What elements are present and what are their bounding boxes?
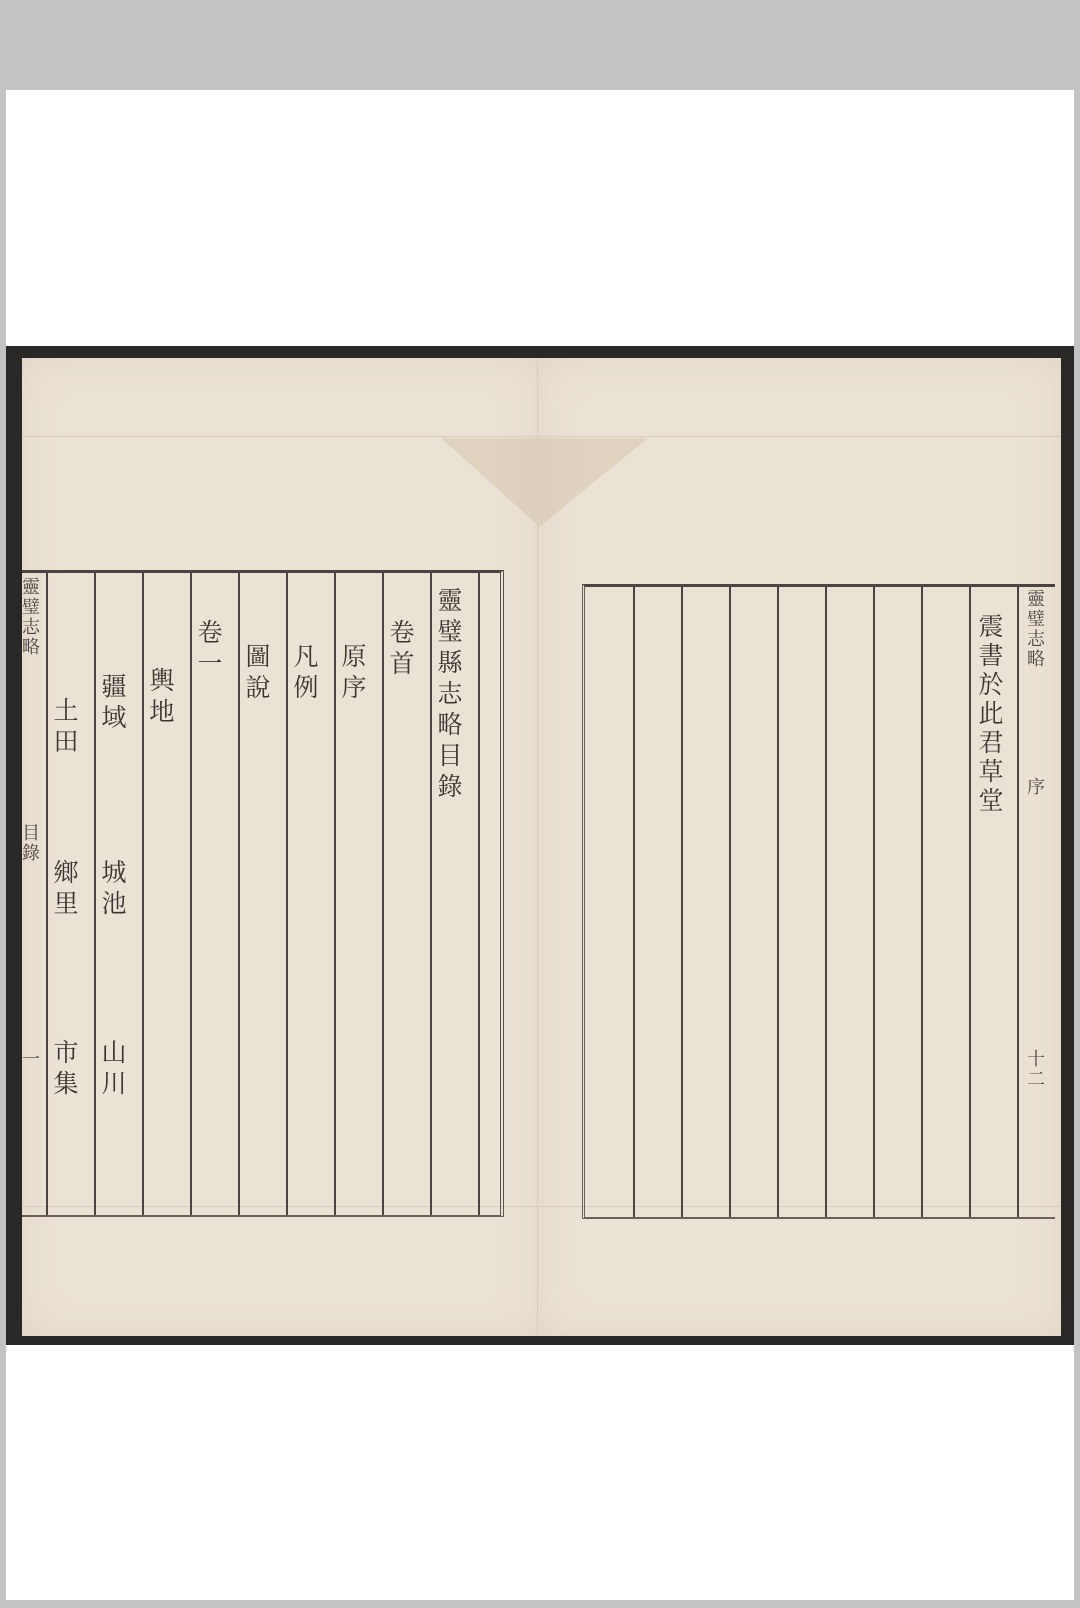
fold-line (22, 436, 541, 437)
toc-entry: 卷首 (388, 619, 413, 681)
column-rule (681, 587, 683, 1217)
preface-frame: 震書於此君草堂 靈璧志略 序 十二 (582, 584, 1055, 1219)
block-heart-section: 序 (1025, 777, 1043, 797)
column-rule (825, 587, 827, 1217)
toc-entry: 原序 (340, 643, 365, 705)
fold-shadow (441, 438, 541, 528)
column-rule (969, 587, 971, 1217)
fold-shadow (538, 438, 648, 528)
toc-entry: 土田 (52, 697, 77, 759)
column-rule (873, 587, 875, 1217)
column-rule (238, 573, 240, 1215)
viewer-top-bar (0, 0, 1080, 90)
toc-entry: 卷一 (196, 619, 221, 681)
viewer-bottom-bar (0, 1600, 1080, 1608)
toc-entry: 疆域 (100, 673, 125, 735)
column-rule (921, 587, 923, 1217)
preface-signature: 震書於此君草堂 (977, 613, 1002, 816)
column-rule (94, 573, 96, 1215)
toc-entry: 凡例 (292, 643, 317, 705)
block-heart-title: 靈璧志略 (1025, 589, 1043, 669)
block-heart-page: 十二 (1025, 1049, 1043, 1089)
toc-frame: 靈璧縣志略目錄 卷首 原序 凡例 圖說 卷一 輿地 疆域 城池 山川 土田 鄉里… (22, 570, 504, 1217)
column-rule (334, 573, 336, 1215)
block-heart-title: 靈璧志略 (20, 577, 38, 657)
column-rule (46, 573, 48, 1215)
block-heart-section: 目錄 (20, 823, 38, 863)
column-rule (142, 573, 144, 1215)
toc-entry: 山川 (100, 1039, 125, 1101)
toc-entry: 鄉里 (52, 859, 77, 921)
fold-line (538, 436, 1061, 437)
column-rule (1017, 587, 1019, 1217)
column-rule (478, 573, 480, 1215)
left-page: 靈璧縣志略目錄 卷首 原序 凡例 圖說 卷一 輿地 疆域 城池 山川 土田 鄉里… (22, 358, 541, 1336)
column-rule (633, 587, 635, 1217)
column-rule (286, 573, 288, 1215)
column-rule (777, 587, 779, 1217)
toc-title: 靈璧縣志略目錄 (436, 587, 461, 804)
book-scan: 靈璧縣志略目錄 卷首 原序 凡例 圖說 卷一 輿地 疆域 城池 山川 土田 鄉里… (6, 346, 1074, 1345)
column-rule (430, 573, 432, 1215)
toc-entry: 圖說 (244, 643, 269, 705)
toc-entry: 輿地 (148, 667, 173, 729)
toc-entry: 城池 (100, 859, 125, 921)
column-rule (382, 573, 384, 1215)
right-page: 震書於此君草堂 靈璧志略 序 十二 (537, 358, 1061, 1336)
block-heart-page: 一 (20, 1049, 38, 1069)
column-rule (729, 587, 731, 1217)
column-rule (190, 573, 192, 1215)
toc-entry: 市集 (52, 1039, 77, 1101)
